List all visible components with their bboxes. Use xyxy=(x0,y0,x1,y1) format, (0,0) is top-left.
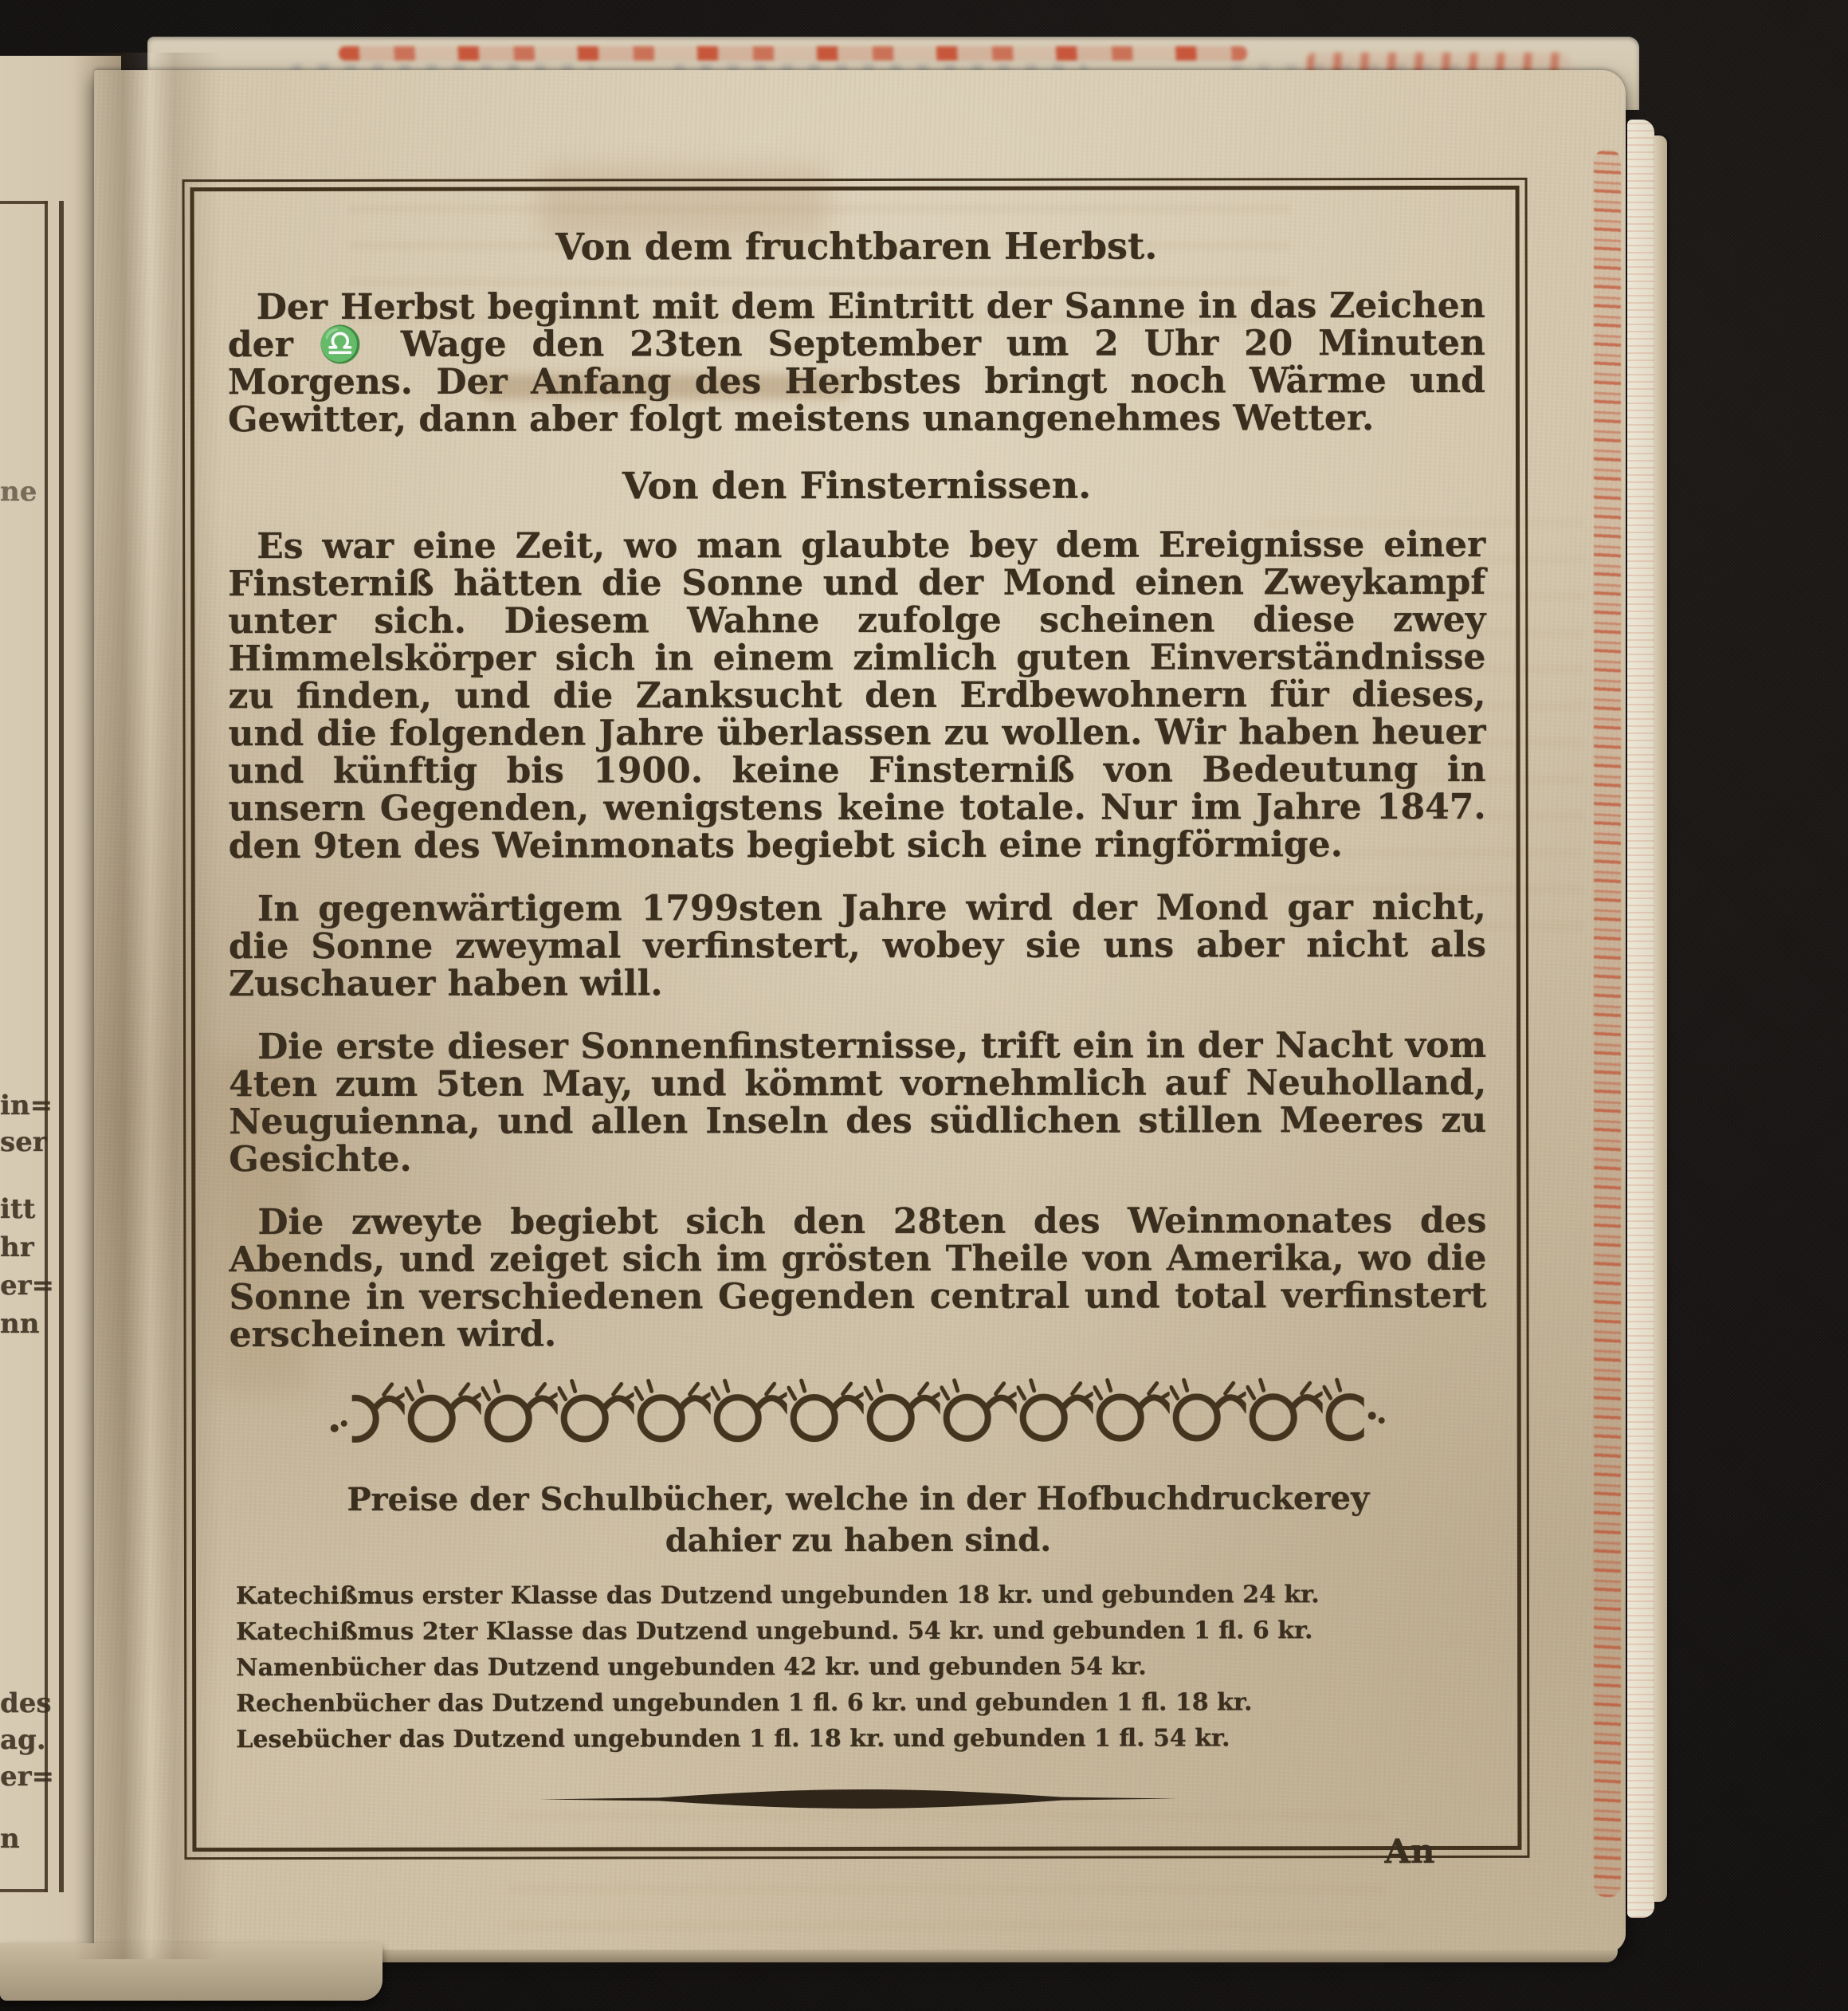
left-page-text-fragment: ne xyxy=(0,478,37,505)
price-line: Katechißmus 2ter Klasse das Dutzend unge… xyxy=(236,1612,1487,1650)
left-page-text-fragment: ser xyxy=(0,1129,47,1156)
left-page-text-fragment: itt xyxy=(0,1196,35,1223)
price-line: Lesebücher das Dutzend ungebunden 1 fl. … xyxy=(236,1720,1487,1758)
catchword: An xyxy=(230,1832,1434,1872)
almanac-page: Von dem fruchtbaren Herbst. Der Herbst b… xyxy=(94,70,1626,1953)
paragraph-finsternisse-2: In gegenwärtigem 1799sten Jahre wird der… xyxy=(229,889,1486,1003)
left-page-text-fragment: n xyxy=(0,1825,20,1852)
left-page-frame-corner xyxy=(0,201,48,204)
price-line: Rechenbücher das Dutzend ungebunden 1 fl… xyxy=(236,1684,1487,1722)
printed-border-frame: Von dem fruchtbaren Herbst. Der Herbst b… xyxy=(182,178,1530,1860)
left-page-text-fragment: nn xyxy=(0,1310,39,1337)
red-edge-smear xyxy=(339,46,1247,61)
section-heading-finsternisse: Von den Finsternissen. xyxy=(228,464,1485,507)
paragraph-finsternisse-1: Es war eine Zeit, wo man glaubte bey dem… xyxy=(228,526,1486,865)
outer-leaf-edge xyxy=(1654,136,1667,1902)
left-page-text-fragment: hr xyxy=(0,1234,34,1261)
paragraph-finsternisse-3: Die erste dieser Sonnenfinsternisse, tri… xyxy=(229,1027,1486,1178)
swelled-rule-tailpiece xyxy=(230,1788,1487,1813)
left-page-frame-corner xyxy=(0,1889,48,1892)
bottom-left-page-edge xyxy=(0,1943,383,2001)
price-line: Namenbücher das Dutzend ungebunden 42 kr… xyxy=(236,1648,1487,1686)
left-page-text-fragment: er= xyxy=(0,1763,54,1790)
printed-border-frame-inner: Von dem fruchtbaren Herbst. Der Herbst b… xyxy=(190,186,1522,1852)
text-block: Von dem fruchtbaren Herbst. Der Herbst b… xyxy=(194,190,1518,1848)
left-page-text-fragment: er= xyxy=(0,1272,54,1299)
paragraph-finsternisse-4: Die zweyte begiebt sich den 28ten des We… xyxy=(229,1202,1486,1353)
price-list: Katechißmus erster Klasse das Dutzend un… xyxy=(230,1577,1487,1758)
price-line: Katechißmus erster Klasse das Dutzend un… xyxy=(236,1577,1487,1614)
red-fore-edge xyxy=(1594,150,1621,1897)
section-heading-herbst: Von dem fruchtbaren Herbst. xyxy=(228,225,1485,268)
page-block-fore-edge xyxy=(1627,120,1654,1918)
prices-heading: Preise der Schulbücher, welche in der Ho… xyxy=(332,1478,1384,1562)
left-page-frame-rule xyxy=(45,201,64,1892)
paragraph-herbst: Der Herbst beginnt mit dem Eintritt der … xyxy=(228,287,1485,438)
left-page-text-fragment: in= xyxy=(0,1092,53,1119)
swelled-rule-icon xyxy=(539,1788,1177,1809)
vine-garland-divider xyxy=(230,1377,1487,1455)
vine-garland-icon xyxy=(328,1377,1388,1452)
left-page-text-fragment: des xyxy=(0,1690,52,1717)
left-page-text-fragment: ag. xyxy=(0,1726,46,1754)
